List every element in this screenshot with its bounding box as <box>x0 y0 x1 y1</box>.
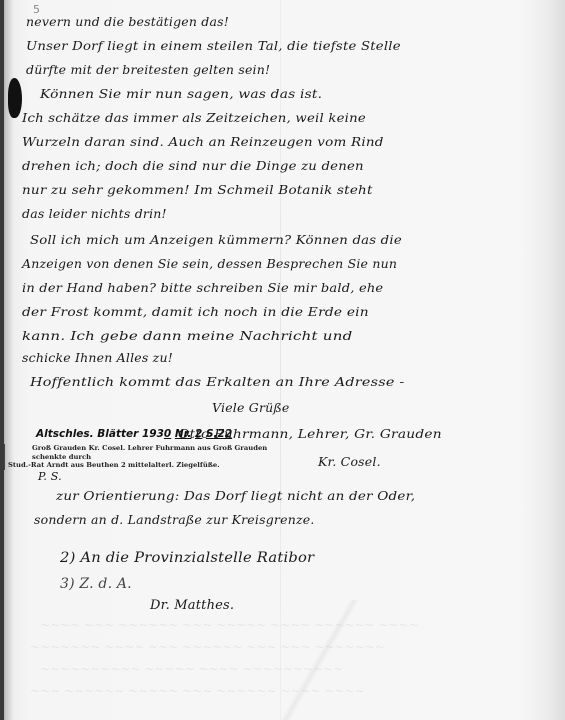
clipping-title: Altschles. Blätter 193 <box>36 428 164 440</box>
letter-line: nur zu sehr gekommen! Im Schmeil Botanik… <box>22 182 373 197</box>
show-through-text: ~~~~~~~~~~ ~~~~~ ~~~~ ~~~~~~~~~~ <box>40 662 343 676</box>
letter-line: Ich schätze das immer als Zeitzeichen, w… <box>22 110 366 125</box>
postscript-line: sondern an d. Landstraße zur Kreisgrenze… <box>34 512 315 527</box>
closing-greeting: Viele Grüße <box>212 400 290 415</box>
scan-edge-shadow <box>0 0 4 720</box>
show-through-text: ~~~~~~~ ~~~~ ~~~ ~~~~~~ ~~~ ~~~ ~~~~~~~ <box>30 640 385 654</box>
show-through-text: ~~~ ~~~~~~ ~~~~~ ~~~ ~~~~~~ ~~~~ ~~~~ <box>30 684 365 698</box>
letter-line: Hoffentlich kommt das Erkalten an Ihre A… <box>30 374 404 389</box>
letter-line: schicke Ihnen Alles zu! <box>22 350 173 365</box>
letter-line: Wurzeln daran sind. Auch an Reinzeugen v… <box>22 134 384 149</box>
ink-blot <box>8 78 22 118</box>
letter-line: Können Sie mir nun sagen, was das ist. <box>40 86 322 101</box>
letter-line: Soll ich mich um Anzeigen kümmern? Könne… <box>30 232 402 247</box>
letter-line: in der Hand haben? bitte schreiben Sie m… <box>22 280 383 295</box>
letter-line: dürfte mit der breitesten gelten sein! <box>26 62 270 77</box>
official-signature: Dr. Matthes. <box>150 598 234 613</box>
letter-line: drehen ich; doch die sind nur die Dinge … <box>22 158 364 173</box>
letter-line: Unser Dorf liegt in einem steilen Tal, d… <box>26 38 401 53</box>
postscript-label: P. S. <box>38 470 62 483</box>
newspaper-clipping: Groß Grauden Kr. Cosel. Lehrer Fuhrmann … <box>4 444 298 470</box>
clipping-year: 0 <box>164 428 171 440</box>
annotation-filing: 3) Z. d. A. <box>60 576 132 592</box>
letter-line: nevern und die bestätigen das! <box>26 14 229 29</box>
clipping-line: Groß Grauden Kr. Cosel. Lehrer Fuhrmann … <box>8 444 298 461</box>
letter-line: Anzeigen von denen Sie sein, dessen Besp… <box>22 256 397 271</box>
scanned-letter-page: ~~~~ ~~~ ~~~~~~ ~~~ ~~~~~ ~~~~ ~~~~~~ ~~… <box>0 0 565 720</box>
annotation-forward: 2) An die Provinzialstelle Ratibor <box>60 550 314 566</box>
letter-line: kann. Ich gebe dann meine Nachricht und <box>22 328 352 343</box>
clipping-line: Stud.-Rat Arndt aus Beuthen 2 mittelalte… <box>8 461 298 470</box>
letter-line: der Frost kommt, damit ich noch in die E… <box>22 304 369 319</box>
signature-location: Kr. Cosel. <box>318 454 381 469</box>
letter-line: das leider nichts drin! <box>22 206 167 221</box>
show-through-text: ~~~~ ~~~ ~~~~~~ ~~~ ~~~~~ ~~~~ ~~~~~~ ~~… <box>40 618 419 632</box>
postscript-line: zur Orientierung: Das Dorf liegt nicht a… <box>56 488 415 503</box>
signature-line: Otto Fuhrmann, Lehrer, Gr. Grauden <box>178 426 442 441</box>
